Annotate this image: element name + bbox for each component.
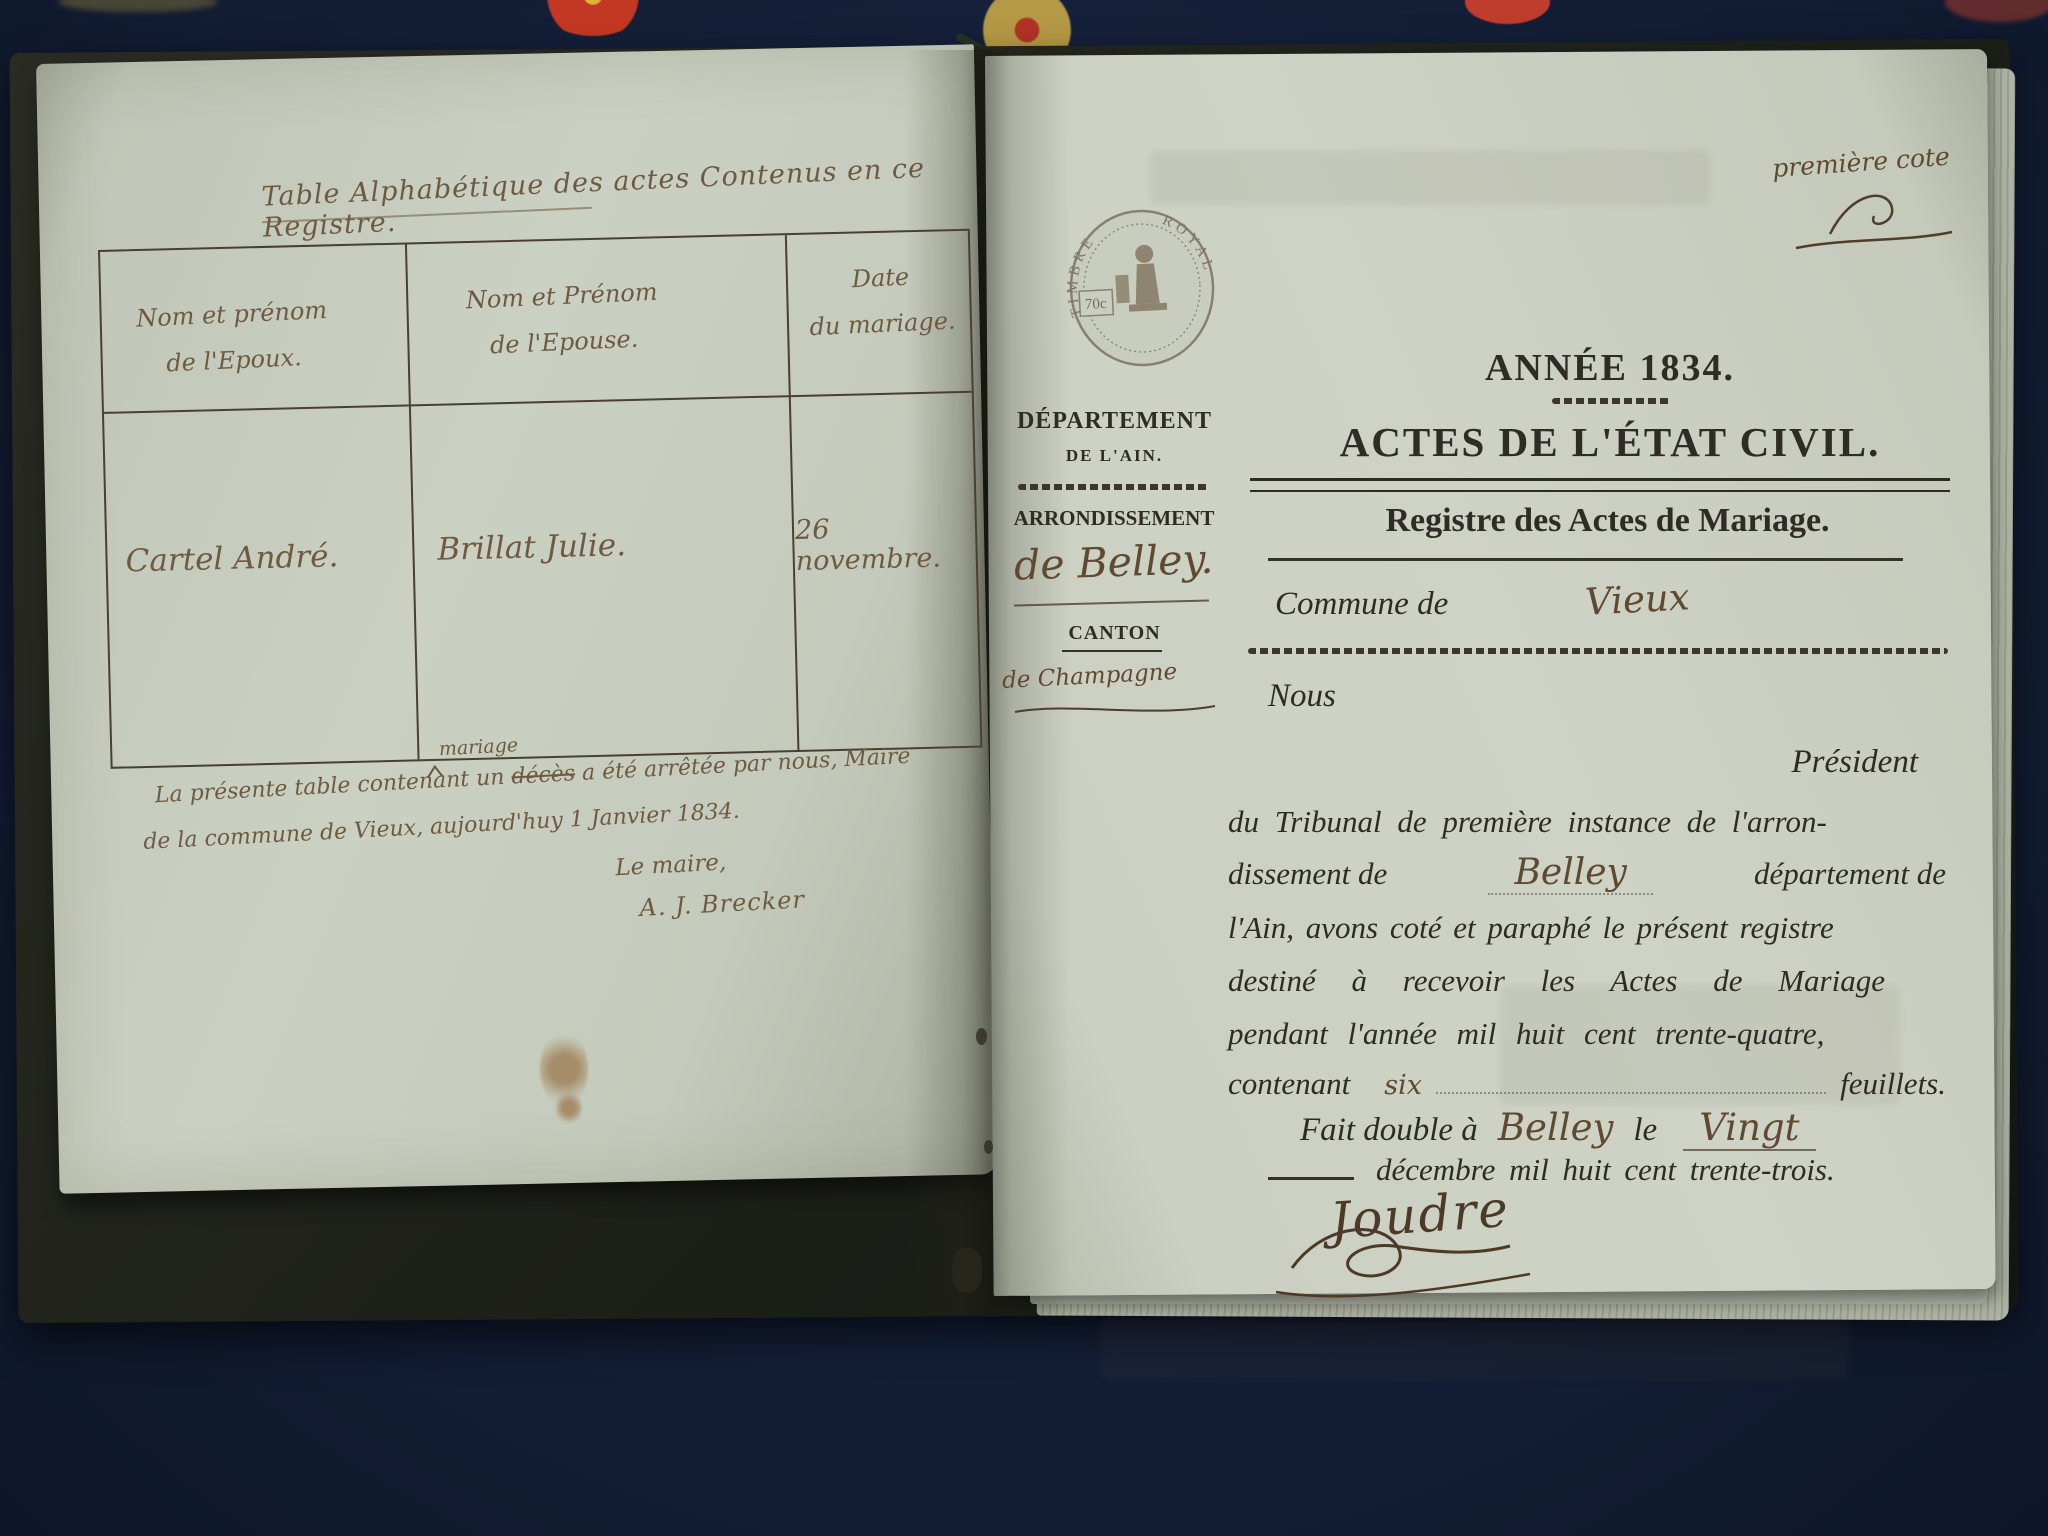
fill-arrondissement: Belley [1488,852,1652,895]
body-text: contenant [1228,1066,1350,1102]
body-line-3: l'Ain, avons coté et paraphé le présent … [1228,910,1943,946]
arrondissement-value: de Belley. [1013,534,1225,589]
stamp-value: 70c [1085,296,1108,313]
ink-bleed-through [1100,1320,1850,1380]
column-header-groom: Nom et prénom de l'Epoux. [135,285,384,388]
fill-city: Belley [1498,1106,1614,1149]
body-text: département de [1754,856,1946,892]
table-divider [785,235,800,750]
table-cell-bride: Brillat Julie. [437,525,723,568]
canton-flourish [1010,694,1220,724]
corner-paraph-flourish [1790,182,1960,262]
year-heading: ANNÉE 1834. [1360,346,1860,390]
column-header-line: Date [799,251,961,304]
register-subtitle: Registre des Actes de Mariage. [1320,502,1895,540]
body-line-5: pendant l'année mil huit cent trente-qua… [1228,1016,1943,1052]
departement-value: DE L'AIN. [1012,446,1217,466]
single-rule [1268,558,1903,561]
acte-title: ACTES DE L'ÉTAT CIVIL. [1310,418,1910,466]
red-flower-arc [1465,0,1550,24]
body-line-4: destiné à recevoir les Actes de Mariage [1228,963,1943,999]
binding-stitch-hole [984,1140,993,1154]
alphabetical-table: Nom et prénom de l'Epoux. Nom et Prénom … [98,229,982,769]
leading-dash [1268,1157,1354,1180]
fill-day: Vingt [1683,1106,1815,1151]
body-line-6: contenant six feuillets. [1228,1062,1946,1102]
table-cell-groom: Cartel André. [125,537,401,580]
table-cell-date: 26 novembre. [795,511,976,577]
stamp-altar [1115,275,1129,304]
column-header-date: Date du mariage. [799,251,963,350]
body-text: feuillets. [1840,1066,1946,1102]
nous-word: Nous [1268,678,1336,715]
fait-double-line: Fait double à Belley le Vingt [1300,1106,1816,1151]
departement-label: DÉPARTEMENT [1012,408,1217,435]
ink-bleed-through [1150,150,1710,205]
binding-stitch-hole [976,1028,987,1045]
heading-ornament [1552,398,1670,404]
binding-notch [952,1248,982,1292]
commune-ornament-rule [1248,648,1948,654]
president-word: Président [1700,744,1918,781]
body-line-1: du Tribunal de première instance de l'ar… [1228,804,1943,840]
fill-feuillets-count: six [1384,1070,1422,1101]
signature-flourish [1262,1216,1542,1306]
red-flower [543,0,643,36]
commune-label: Commune de [1275,586,1448,623]
inserted-word: mariage [438,734,518,760]
column-header-line: du mariage. [802,297,964,350]
commune-value: Vieux [1584,575,1691,623]
double-rule [1250,478,1950,492]
date-line: décembre mil huit cent trente-trois. [1268,1152,1835,1188]
column-header-line: de l'Epoux. [137,331,384,388]
body-text: le [1633,1112,1657,1149]
date-text: décembre mil huit cent trente-trois. [1376,1152,1835,1188]
corner-flower [1945,0,2048,22]
margin-ornament-rule [1018,484,1208,490]
struck-word: décès [511,761,576,789]
table-header-separator [104,391,972,414]
canton-label: CANTON [1012,622,1217,645]
arrondissement-label: ARRONDISSEMENT [1008,506,1220,531]
photo-of-open-register: Table Alphabétique des actes Contenus en… [0,0,2048,1536]
fill-line [1436,1062,1826,1094]
canton-underline [1062,650,1162,652]
fabric-pattern [58,0,218,12]
body-line-2: dissement de Belley département de [1228,852,1946,895]
table-divider [405,244,420,759]
column-header-bride: Nom et Prénom de l'Epouse. [445,266,719,370]
body-text: dissement de [1228,856,1387,892]
timbre-royal-stamp: TIMBRE ROYAL 70c [1062,202,1222,374]
paper-stain [556,1090,582,1126]
body-text: Fait double à [1300,1112,1478,1149]
